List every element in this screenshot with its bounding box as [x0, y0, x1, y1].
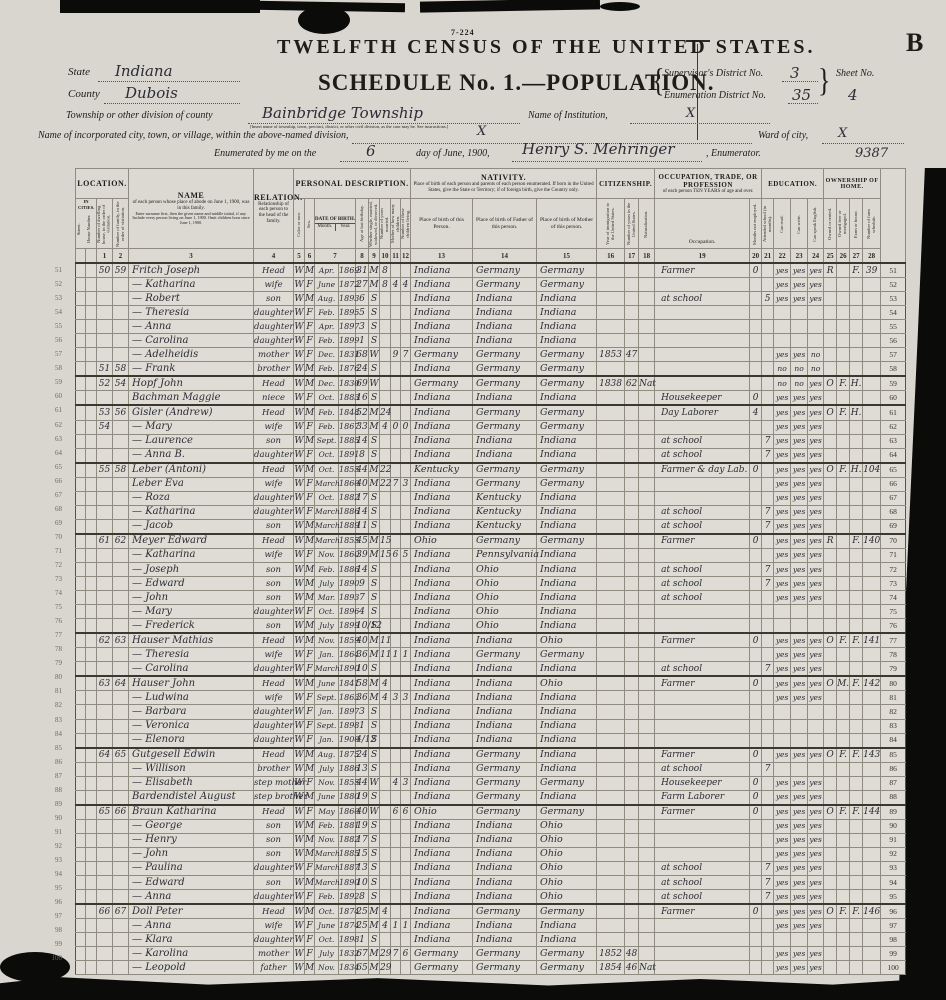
cell-fs	[863, 619, 881, 634]
table-row: — RozadaughterWFOct.188217SIndianaKentuc…	[76, 491, 906, 505]
cell-st	[76, 790, 86, 805]
cell-rel: mother	[254, 947, 294, 961]
cell-wr: yes	[791, 420, 808, 434]
cell-mort	[837, 705, 850, 719]
cell-en: yes	[808, 491, 824, 505]
cell-age: 14	[356, 434, 369, 448]
cell-mc: 4	[391, 278, 401, 292]
cell-mc: 7	[391, 947, 401, 961]
cell-n: 90	[881, 819, 906, 833]
cell-fam	[113, 519, 129, 534]
cell-mne	[750, 376, 762, 391]
cell-age: 10/12	[356, 619, 369, 634]
cell-sex: M	[305, 376, 315, 391]
cell-age: 15	[356, 847, 369, 861]
cell-name: — Elenora	[129, 733, 254, 748]
margin-line-number: 59	[40, 375, 66, 389]
cell-fam	[113, 577, 129, 591]
cell-st	[76, 548, 86, 562]
cell-own	[824, 306, 837, 320]
margin-line-number: 74	[40, 586, 66, 600]
cell-mc	[391, 491, 401, 505]
cell-own: O	[824, 633, 837, 648]
cell-hn	[86, 534, 97, 549]
cell-imm	[597, 477, 625, 491]
cell-ym	[380, 705, 391, 719]
cell-sch	[762, 534, 774, 549]
cell-mne	[750, 292, 762, 306]
table-row: — EdwardsonWMMarch189010SIndianaIndianaO…	[76, 876, 906, 890]
cell-race: W	[294, 619, 305, 634]
cell-yus: 48	[625, 947, 639, 961]
cell-nat	[639, 448, 655, 463]
cell-fam	[113, 420, 129, 434]
cell-wr	[791, 762, 808, 776]
cell-mob: Dec.	[315, 348, 339, 362]
cell-pm: Germany	[537, 376, 597, 391]
margin-line-number: 68	[40, 502, 66, 516]
cell-yob: 1885	[339, 847, 356, 861]
cell-name: Braun Katharina	[129, 805, 254, 820]
cell-mne	[750, 491, 762, 505]
margin-line-number: 82	[40, 698, 66, 712]
cell-en: yes	[808, 577, 824, 591]
cell-mar: S	[369, 833, 380, 847]
cell-sch: 5	[762, 292, 774, 306]
cell-wr: yes	[791, 278, 808, 292]
margin-line-number: 98	[40, 923, 66, 937]
cell-st	[76, 733, 86, 748]
cell-own	[824, 876, 837, 890]
cell-race: W	[294, 691, 305, 705]
cell-occ: at school	[655, 434, 750, 448]
cell-race: W	[294, 605, 305, 619]
cell-dw	[97, 477, 113, 491]
cell-rel: son	[254, 434, 294, 448]
cell-nat	[639, 420, 655, 434]
cell-name: — Edward	[129, 876, 254, 890]
cell-mob: Jan.	[315, 648, 339, 662]
cell-st	[76, 306, 86, 320]
cell-occ	[655, 477, 750, 491]
cell-ym	[380, 776, 391, 790]
cell-age: 13	[356, 861, 369, 875]
cell-sch: 7	[762, 861, 774, 875]
cell-race: W	[294, 278, 305, 292]
cell-pob: Indiana	[411, 477, 473, 491]
cell-pob: Indiana	[411, 633, 473, 648]
cell-ym	[380, 847, 391, 861]
cell-wr	[791, 705, 808, 719]
margin-line-number: 53	[40, 291, 66, 305]
cell-mort	[837, 876, 850, 890]
cell-rel: daughter	[254, 505, 294, 519]
cell-pf: Indiana	[473, 448, 537, 463]
cell-cl	[401, 391, 411, 406]
cell-age: 69	[356, 376, 369, 391]
township-label: Township or other division of county	[66, 110, 213, 121]
cell-sch	[762, 648, 774, 662]
cell-fam	[113, 861, 129, 875]
header-ownership: OWNERSHIP OF HOME.	[824, 169, 881, 199]
cell-fam	[113, 306, 129, 320]
cell-sch	[762, 348, 774, 362]
colnum-pob-father: 14	[473, 249, 537, 264]
cell-yus	[625, 619, 639, 634]
cell-sex: M	[305, 292, 315, 306]
cell-rel: daughter	[254, 491, 294, 505]
cell-en: yes	[808, 876, 824, 890]
cell-st	[76, 320, 86, 334]
cell-wr: yes	[791, 591, 808, 605]
cell-own	[824, 591, 837, 605]
cell-mar: S	[369, 519, 380, 534]
cell-pm: Indiana	[537, 448, 597, 463]
cell-pf: Germany	[473, 748, 537, 763]
cell-cl: 1	[401, 648, 411, 662]
cell-yob: 1860	[339, 805, 356, 820]
cell-mne	[750, 705, 762, 719]
header-occupation: Occupation.	[655, 199, 750, 249]
cell-own: R	[824, 534, 837, 549]
cell-occ	[655, 719, 750, 733]
cell-rel: niece	[254, 391, 294, 406]
cell-mne	[750, 477, 762, 491]
cell-yus	[625, 334, 639, 348]
cell-st	[76, 719, 86, 733]
cell-en: yes	[808, 776, 824, 790]
cell-en	[808, 605, 824, 619]
cell-yus	[625, 420, 639, 434]
cell-mc	[391, 619, 401, 634]
cell-mort	[837, 491, 850, 505]
cell-dw	[97, 861, 113, 875]
cell-st	[76, 448, 86, 463]
cell-pob: Ohio	[411, 805, 473, 820]
district-brace-right: }	[818, 62, 830, 100]
cell-n: 60	[881, 391, 906, 406]
table-row: — AnnadaughterWFFeb.18928SIndianaIndiana…	[76, 890, 906, 905]
cell-ym	[380, 505, 391, 519]
cell-own	[824, 776, 837, 790]
margin-line-number: 56	[40, 333, 66, 347]
margin-line-number: 95	[40, 881, 66, 895]
cell-nat	[639, 719, 655, 733]
cell-ym: 4	[380, 904, 391, 919]
cell-n: 84	[881, 733, 906, 748]
cell-name: — Ludwina	[129, 691, 254, 705]
cell-sch	[762, 805, 774, 820]
header-race: Color or race.	[294, 199, 305, 249]
cell-ym: 29	[380, 947, 391, 961]
header-owned-rented: Owned or rented.	[824, 199, 837, 249]
cell-mob: Feb.	[315, 420, 339, 434]
cell-sex: F	[305, 334, 315, 348]
cell-st	[76, 819, 86, 833]
cell-mort: F.	[837, 904, 850, 919]
colnum-marital: 9	[369, 249, 380, 264]
cell-imm	[597, 391, 625, 406]
cell-occ: Farmer	[655, 904, 750, 919]
cell-n: 55	[881, 320, 906, 334]
cell-pm: Indiana	[537, 577, 597, 591]
cell-rel: daughter	[254, 933, 294, 947]
cell-mort	[837, 776, 850, 790]
cell-pf: Kentucky	[473, 491, 537, 505]
cell-mob: July	[315, 947, 339, 961]
cell-n: 70	[881, 534, 906, 549]
cell-mar: S	[369, 861, 380, 875]
cell-hn	[86, 805, 97, 820]
census-table: LOCATION. NAME of each person whose plac…	[75, 168, 906, 975]
cell-st	[76, 805, 86, 820]
cell-mort	[837, 819, 850, 833]
cell-pm: Indiana	[537, 691, 597, 705]
table-row: Bardendistel Auguststep brotherWMJune188…	[76, 790, 906, 805]
cell-mar: S	[369, 819, 380, 833]
cell-yob: 1898	[339, 933, 356, 947]
cell-fh: H.	[850, 463, 863, 478]
cell-race: W	[294, 733, 305, 748]
cell-hn	[86, 463, 97, 478]
cell-cl: 6	[401, 947, 411, 961]
cell-race: W	[294, 676, 305, 691]
cell-pf: Kentucky	[473, 519, 537, 534]
cell-mob: July	[315, 577, 339, 591]
cell-mort	[837, 790, 850, 805]
cell-mc: 4	[391, 776, 401, 790]
cell-fh	[850, 719, 863, 733]
cell-pf: Indiana	[473, 833, 537, 847]
cell-name: — Veronica	[129, 719, 254, 733]
cell-wr: yes	[791, 676, 808, 691]
cell-mort	[837, 519, 850, 534]
cell-st	[76, 633, 86, 648]
cell-dw	[97, 662, 113, 677]
cell-fh	[850, 648, 863, 662]
cell-mob: Sept.	[315, 434, 339, 448]
header-citizenship: CITIZENSHIP.	[597, 169, 655, 199]
cell-en: no	[808, 362, 824, 377]
cell-en: yes	[808, 434, 824, 448]
cell-race: W	[294, 662, 305, 677]
cell-sex: M	[305, 577, 315, 591]
scan-edge-bottom	[0, 972, 946, 1000]
cell-mc	[391, 662, 401, 677]
cell-imm	[597, 562, 625, 576]
cell-pob: Indiana	[411, 819, 473, 833]
cell-ym	[380, 748, 391, 763]
cell-sex: F	[305, 605, 315, 619]
cell-sch	[762, 633, 774, 648]
cell-name: — Henry	[129, 833, 254, 847]
margin-line-number: 77	[40, 628, 66, 642]
cell-mort	[837, 619, 850, 634]
cell-own	[824, 391, 837, 406]
cell-fam	[113, 947, 129, 961]
cell-cl: 1	[401, 919, 411, 933]
cell-name: — George	[129, 819, 254, 833]
cell-name: — Leopold	[129, 961, 254, 975]
cell-mar: M	[369, 405, 380, 420]
cell-yus	[625, 434, 639, 448]
cell-pob: Kentucky	[411, 463, 473, 478]
cell-race: W	[294, 548, 305, 562]
table-row: — Anna B.daughterWFOct.18918SIndianaIndi…	[76, 448, 906, 463]
cell-own	[824, 334, 837, 348]
cell-mc	[391, 534, 401, 549]
cell-pob: Indiana	[411, 434, 473, 448]
cell-mne: 0	[750, 463, 762, 478]
cell-occ	[655, 619, 750, 634]
cell-own	[824, 348, 837, 362]
cell-sch	[762, 904, 774, 919]
cell-ym: 8	[380, 278, 391, 292]
cell-n: 81	[881, 691, 906, 705]
cell-sex: F	[305, 420, 315, 434]
cell-n: 79	[881, 662, 906, 677]
cell-mob: June	[315, 676, 339, 691]
cell-ym	[380, 376, 391, 391]
cell-race: W	[294, 463, 305, 478]
cell-mne	[750, 348, 762, 362]
cell-yob: 1875	[339, 748, 356, 763]
cell-occ: at school	[655, 505, 750, 519]
header-naturalization: Naturalization.	[639, 199, 655, 249]
cell-wr: yes	[791, 819, 808, 833]
cell-yus	[625, 405, 639, 420]
district-brace-left: {	[652, 62, 664, 100]
cell-occ: Housekeeper	[655, 391, 750, 406]
cell-name: — Katharina	[129, 505, 254, 519]
cell-imm: 1854	[597, 961, 625, 975]
cell-hn	[86, 577, 97, 591]
cell-sex: M	[305, 434, 315, 448]
margin-line-number: 55	[40, 319, 66, 333]
cell-wr: yes	[791, 919, 808, 933]
cell-yob: 1886	[339, 762, 356, 776]
cell-mort	[837, 591, 850, 605]
cell-wr: yes	[791, 904, 808, 919]
cell-pob: Indiana	[411, 648, 473, 662]
cell-yus	[625, 733, 639, 748]
cell-pob: Indiana	[411, 733, 473, 748]
cell-yus	[625, 577, 639, 591]
cell-sex: M	[305, 591, 315, 605]
cell-yob: 1896	[339, 605, 356, 619]
cell-st	[76, 577, 86, 591]
cell-occ: Farmer	[655, 263, 750, 278]
cell-race: W	[294, 904, 305, 919]
cell-mort: F.	[837, 463, 850, 478]
cell-occ: at school	[655, 448, 750, 463]
cell-yus	[625, 548, 639, 562]
cell-hn	[86, 562, 97, 576]
cell-cl	[401, 263, 411, 278]
table-row: — AnnawifeWFJune187425M411IndianaIndiana…	[76, 919, 906, 933]
cell-yob: 1867	[339, 420, 356, 434]
cell-fh	[850, 947, 863, 961]
cell-mort	[837, 733, 850, 748]
cell-imm	[597, 434, 625, 448]
cell-imm	[597, 306, 625, 320]
cell-wr: yes	[791, 805, 808, 820]
cell-pf: Germany	[473, 463, 537, 478]
cell-mc: 3	[391, 691, 401, 705]
cell-yus	[625, 776, 639, 790]
cell-sch	[762, 776, 774, 790]
cell-mob: March	[315, 477, 339, 491]
table-row: — ElenoradaughterWFJan.19004/12SIndianaI…	[76, 733, 906, 748]
cell-imm: 1838	[597, 376, 625, 391]
cell-nat	[639, 263, 655, 278]
cell-nat	[639, 463, 655, 478]
cell-wr: yes	[791, 748, 808, 763]
cell-yob: 1855	[339, 776, 356, 790]
cell-st	[76, 619, 86, 634]
cell-ym: 11	[380, 633, 391, 648]
cell-sch: 7	[762, 562, 774, 576]
cell-mort	[837, 947, 850, 961]
cell-mc	[391, 405, 401, 420]
cell-pf: Germany	[473, 947, 537, 961]
cell-rel: daughter	[254, 605, 294, 619]
cell-en: yes	[808, 904, 824, 919]
cell-en	[808, 334, 824, 348]
cell-race: W	[294, 263, 305, 278]
colnum-naturalization: 18	[639, 249, 655, 264]
cell-wr: yes	[791, 633, 808, 648]
census-page: 7-224 TWELFTH CENSUS OF THE UNITED STATE…	[0, 0, 946, 1000]
cell-race: W	[294, 577, 305, 591]
colnum-farm-house: 27	[850, 249, 863, 264]
cell-mne: 0	[750, 263, 762, 278]
cell-mob: Oct.	[315, 605, 339, 619]
cell-pob: Indiana	[411, 591, 473, 605]
cell-st	[76, 505, 86, 519]
cell-en: yes	[808, 748, 824, 763]
colnum-mortgaged: 26	[837, 249, 850, 264]
cell-yob: 1895	[339, 306, 356, 320]
cell-rd	[774, 320, 791, 334]
cell-pm: Ohio	[537, 833, 597, 847]
cell-mne	[750, 591, 762, 605]
cell-mar: S	[369, 933, 380, 947]
cell-dw	[97, 890, 113, 905]
cell-yob: 1897	[339, 705, 356, 719]
cell-yob: 1855	[339, 463, 356, 478]
cell-pf: Pennsylvania	[473, 548, 537, 562]
cell-mob: Feb.	[315, 819, 339, 833]
cell-hn	[86, 362, 97, 377]
cell-hn	[86, 548, 97, 562]
cell-mc	[391, 676, 401, 691]
cell-yus	[625, 306, 639, 320]
cell-dw	[97, 933, 113, 947]
cell-age: 44	[356, 463, 369, 478]
cell-name: Leber (Antoni)	[129, 463, 254, 478]
cell-sex: F	[305, 391, 315, 406]
cell-dw	[97, 648, 113, 662]
cell-cl	[401, 961, 411, 975]
cell-pob: Indiana	[411, 904, 473, 919]
cell-pob: Indiana	[411, 762, 473, 776]
cell-fam	[113, 591, 129, 605]
cell-imm	[597, 405, 625, 420]
cell-n: 78	[881, 648, 906, 662]
cell-pob: Indiana	[411, 278, 473, 292]
cell-yus	[625, 491, 639, 505]
